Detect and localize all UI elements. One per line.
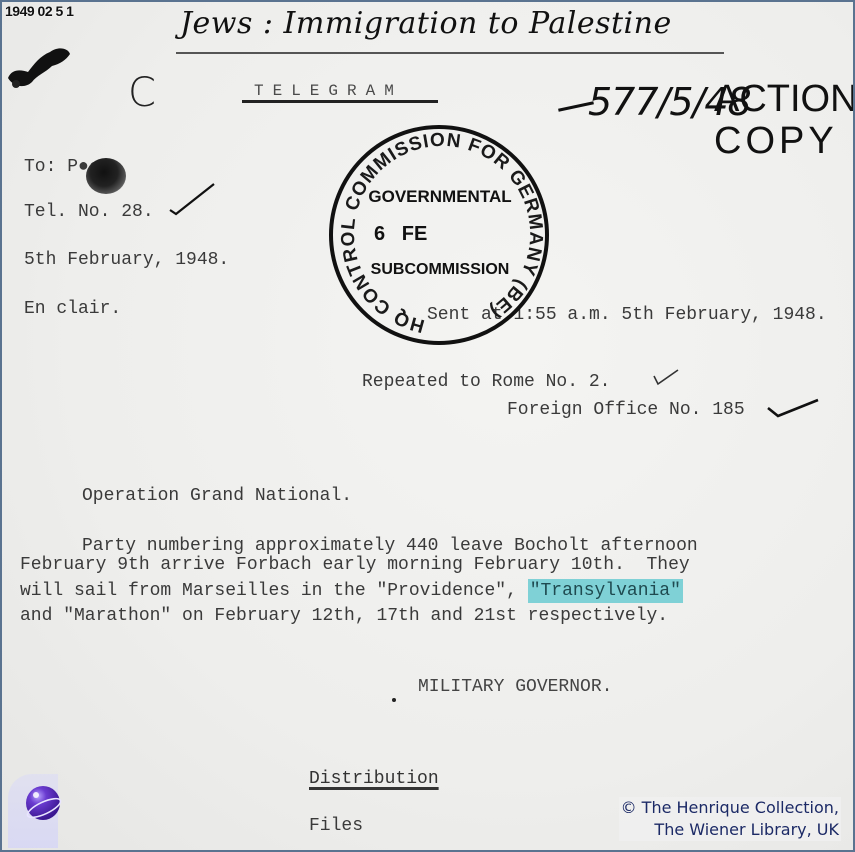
body-line-3-text: will sail from Marseilles in the "Provid… [20,581,528,601]
body-line-3: will sail from Marseilles in the "Provid… [20,581,683,601]
copy-stamp: COPY [714,120,838,163]
document-page: 1949 02 5 1 Jews : Immigration to Palest… [2,2,853,850]
svg-text:GOVERNMENTAL: GOVERNMENTAL [368,187,511,206]
body-line-1: Party numbering approximately 440 leave … [82,536,698,556]
telegram-date: 5th February, 1948. [24,250,229,270]
telegram-number: Tel. No. 28. [24,202,154,222]
telegram-heading: TELEGRAM [254,82,403,100]
checkmark-icon [168,180,218,216]
telegram-underline [242,100,438,103]
operation-subject: Operation Grand National. [82,486,352,506]
copyright-credit: © The Henrique Collection, The Wiener Li… [619,797,841,841]
transmission-mode: En clair. [24,299,121,319]
reference-number: 1949 02 5 1 [5,3,73,19]
official-stamp: HQ CONTROL COMMISSION FOR GERMANY (BE) G… [322,122,562,352]
repeated-to: Repeated to Rome No. 2. [362,372,610,392]
signature-block: MILITARY GOVERNOR. [418,677,612,697]
distribution-heading: Distribution [309,769,439,789]
action-stamp: ACTION [714,78,853,121]
ink-blot-icon [6,42,72,90]
ink-dot [392,698,396,702]
credit-line-2: The Wiener Library, UK [621,819,839,841]
margin-letter: C [128,70,156,116]
checkmark-icon [652,366,680,386]
globe-logo-icon [24,784,62,822]
redaction-blot [86,158,126,194]
svg-text:SUBCOMMISSION: SUBCOMMISSION [371,261,510,278]
foreign-office-ref: Foreign Office No. 185 [507,400,745,420]
body-line-4: and "Marathon" on February 12th, 17th an… [20,606,668,626]
highlighted-ship-name: "Transylvania" [528,579,683,603]
distribution-item: Files [309,816,363,836]
handwritten-title: Jews : Immigration to Palestine [180,6,672,41]
title-underline [176,52,724,54]
checkmark-icon [766,396,820,420]
body-line-2: February 9th arrive Forbach early mornin… [20,555,690,575]
svg-text:6 FE: 6 FE [374,223,427,245]
svg-text:HQ CONTROL COMMISSION FOR GERM: HQ CONTROL COMMISSION FOR GERMANY (BE) [338,130,547,336]
credit-line-1: © The Henrique Collection, [621,797,839,819]
